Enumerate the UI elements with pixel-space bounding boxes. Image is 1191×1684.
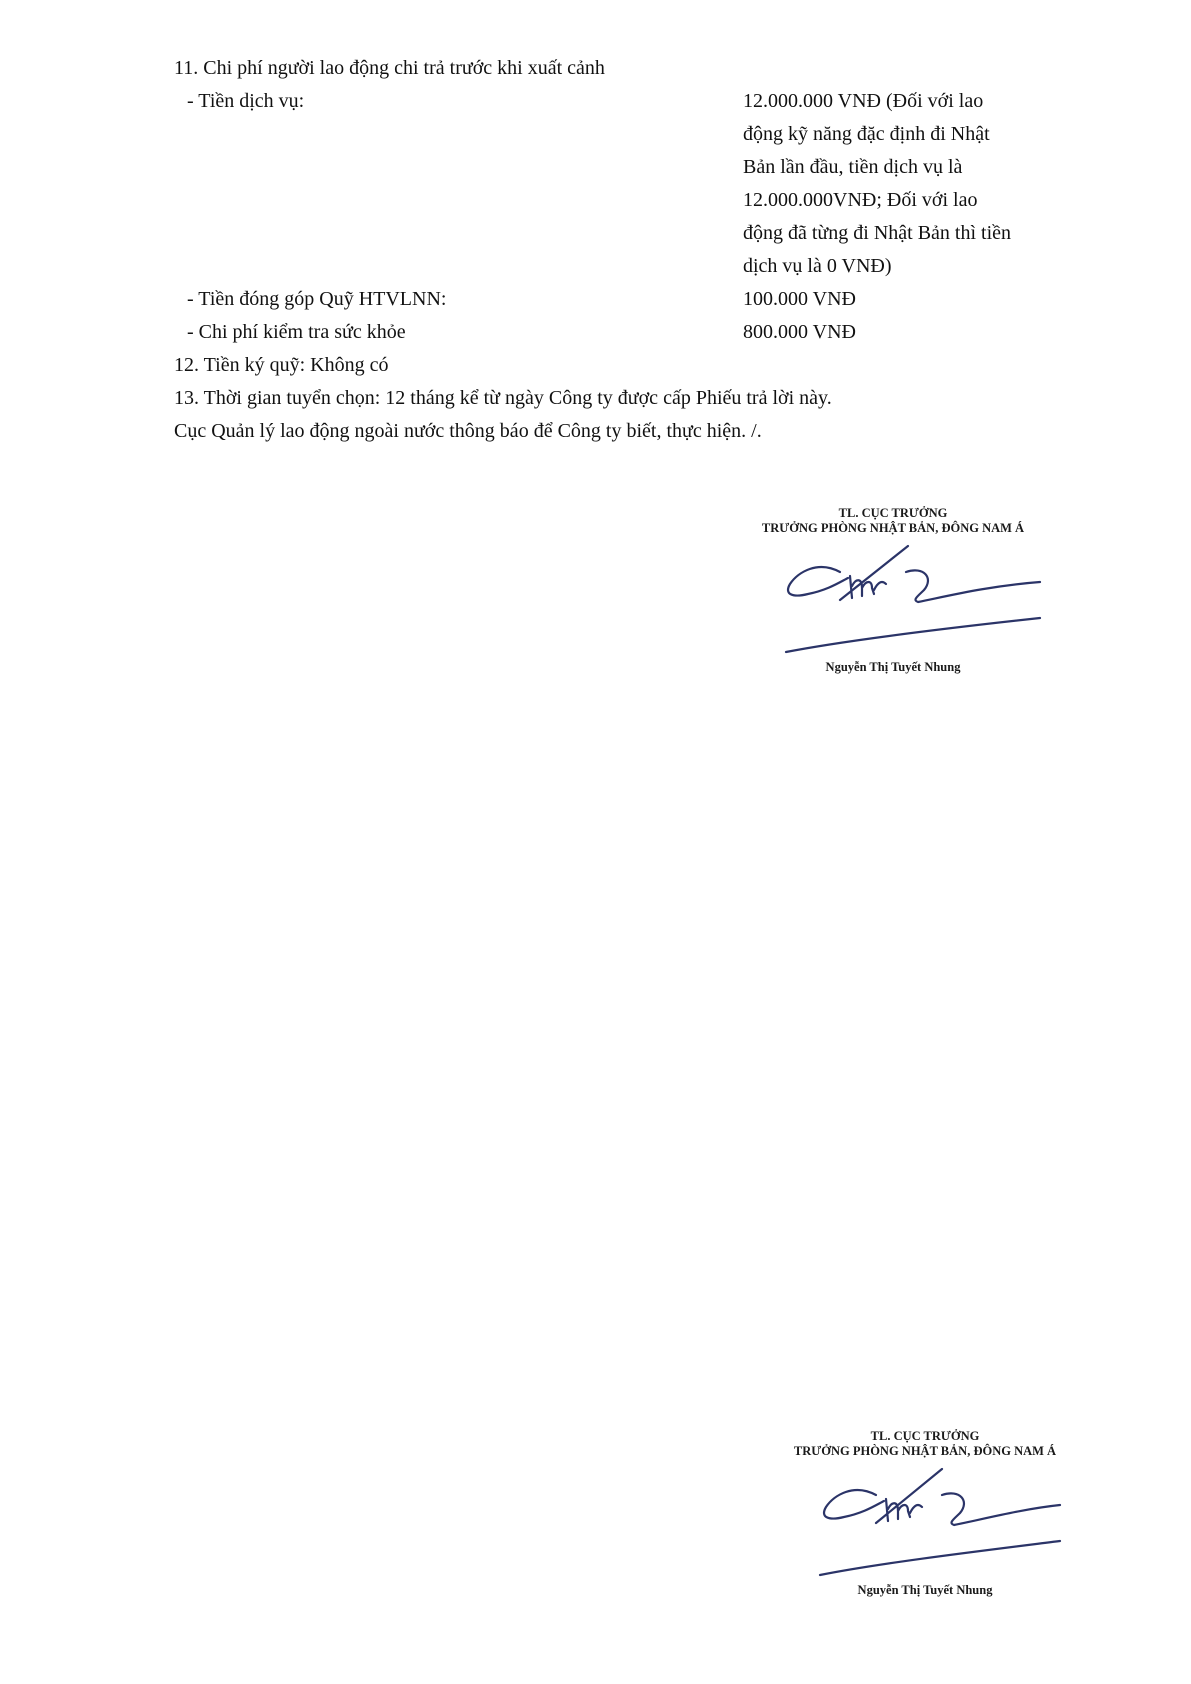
health-check-label: - Chi phí kiểm tra sức khỏe xyxy=(187,316,406,349)
section-11-heading: 11. Chi phí người lao động chi trả trước… xyxy=(174,52,605,85)
signer-name: Nguyễn Thị Tuyết Nhung xyxy=(728,660,1058,675)
service-fee-value-line-3: Bản lần đầu, tiền dịch vụ là xyxy=(743,151,962,184)
closing-statement: Cục Quản lý lao động ngoài nước thông bá… xyxy=(174,415,762,448)
handwritten-signature-icon xyxy=(760,1465,1090,1585)
service-fee-value-line-6: dịch vụ là 0 VNĐ) xyxy=(743,250,892,283)
section-12: 12. Tiền ký quỹ: Không có xyxy=(174,349,388,382)
service-fee-value-line-4: 12.000.000VNĐ; Đối với lao xyxy=(743,184,977,217)
signature-block-2: TL. CỤC TRƯỞNG TRƯỞNG PHÒNG NHẬT BẢN, ĐÔ… xyxy=(760,1429,1090,1609)
signature-title-1: TL. CỤC TRƯỞNG xyxy=(728,506,1058,521)
signature-block-1: TL. CỤC TRƯỞNG TRƯỞNG PHÒNG NHẬT BẢN, ĐÔ… xyxy=(728,506,1058,686)
signer-name: Nguyễn Thị Tuyết Nhung xyxy=(760,1583,1090,1598)
service-fee-value-line-2: động kỹ năng đặc định đi Nhật xyxy=(743,118,990,151)
handwritten-signature-icon xyxy=(728,542,1058,662)
signature-title-1: TL. CỤC TRƯỞNG xyxy=(760,1429,1090,1444)
service-fee-value-line-1: 12.000.000 VNĐ (Đối với lao xyxy=(743,85,983,118)
service-fee-value-line-5: động đã từng đi Nhật Bản thì tiền xyxy=(743,217,1011,250)
fund-contribution-label: - Tiền đóng góp Quỹ HTVLNN: xyxy=(187,283,446,316)
signature-title-2: TRƯỞNG PHÒNG NHẬT BẢN, ĐÔNG NAM Á xyxy=(760,1444,1090,1459)
signature-title-2: TRƯỞNG PHÒNG NHẬT BẢN, ĐÔNG NAM Á xyxy=(728,521,1058,536)
fund-contribution-value: 100.000 VNĐ xyxy=(743,283,856,316)
section-13: 13. Thời gian tuyển chọn: 12 tháng kể từ… xyxy=(174,382,832,415)
service-fee-label: - Tiền dịch vụ: xyxy=(187,85,304,118)
health-check-value: 800.000 VNĐ xyxy=(743,316,856,349)
